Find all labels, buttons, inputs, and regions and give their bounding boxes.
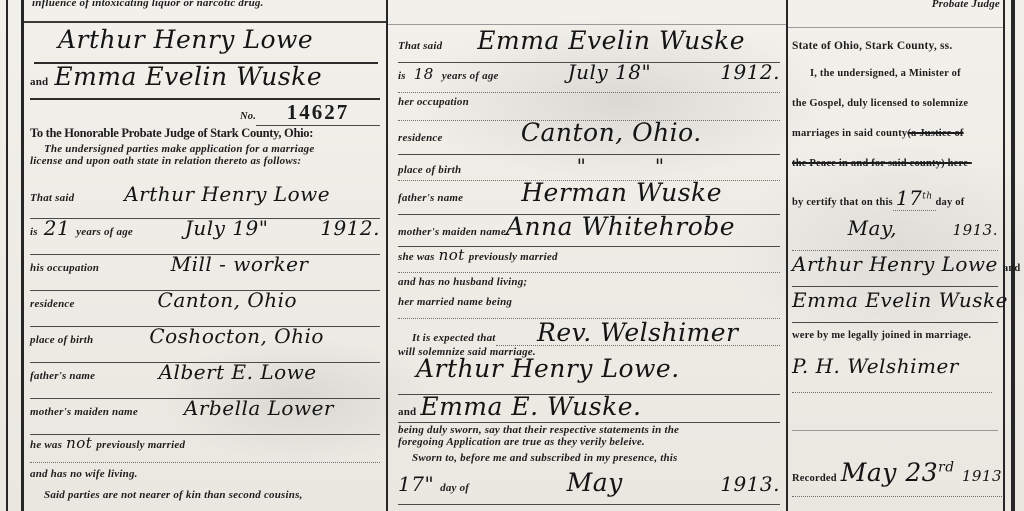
bride-signature: Emma E. Wuske.	[416, 394, 641, 419]
fathers-name-label: father's name	[30, 370, 95, 382]
cert-date-line-row: by certify that on this 17th day of	[792, 188, 1002, 211]
marriage-record-scan: influence of intoxicating liquor or narc…	[0, 0, 1024, 511]
cert-month-value: May,	[792, 218, 953, 238]
fragment-text: influence of intoxicating liquor or narc…	[32, 0, 264, 9]
top-rule-middle	[388, 24, 786, 25]
bride-not-value: not	[435, 248, 469, 263]
mothers-maiden-name-label: mother's maiden name	[30, 406, 138, 418]
groom-birthplace-value: Coshocton, Ohio	[93, 326, 380, 346]
years-of-age-label: years of age	[76, 226, 133, 238]
married-name-row: her married name being	[398, 296, 780, 319]
cert-line-3-struck: (a Justice of	[907, 128, 963, 139]
bride-year-value: 1912.	[720, 62, 780, 82]
sworn-date-row: 17" day of May 1913.	[398, 470, 780, 505]
sworn-line-3: Sworn to, before me and subscribed in my…	[398, 452, 678, 464]
cert-day-value: 17th	[893, 188, 936, 211]
top-rule-left	[24, 21, 386, 23]
cert-name-1: Arthur Henry Lowe	[792, 254, 998, 274]
bride-father-row: father's name Herman Wuske	[398, 180, 780, 215]
groom-residence-row: residence Canton, Ohio	[30, 290, 380, 327]
top-rule-right	[788, 27, 1003, 28]
cert-line-1: I, the undersigned, a Minister of	[792, 68, 961, 79]
probate-judge-fragment: Probate Judge	[932, 0, 1000, 10]
cert-line-2: the Gospel, duly licensed to solemnize	[792, 98, 968, 109]
and-label-2: and	[398, 406, 416, 418]
cert-line-4-struck: the Peace in and for said county) here-	[792, 158, 972, 169]
groom-date-value: July 19"	[133, 218, 320, 238]
groom-not-value: not	[62, 436, 96, 451]
sworn-line-1: being duly sworn, say that their respect…	[398, 424, 780, 436]
caption-bride-name: Emma Evelin Wuske	[48, 64, 322, 89]
officiant-signature: P. H. Welshimer	[792, 356, 959, 376]
cert-name-2: Emma Evelin Wuske	[792, 290, 1008, 310]
binding-line-inner	[21, 0, 24, 511]
cert-line-5a: by certify that on this	[792, 197, 893, 208]
bride-residence-row: residence Canton, Ohio.	[398, 120, 780, 155]
binding-line-outer	[6, 0, 8, 511]
groom-no-wife-row: and has no wife living.	[30, 468, 380, 480]
recorded-row: Recorded May 23rd 1913	[792, 460, 1002, 497]
recorded-date-value: May 23rd	[837, 460, 955, 485]
license-number-row: No. 14627	[240, 100, 380, 124]
sworn-month-value: May	[469, 470, 720, 495]
state-line-row: State of Ohio, Stark County, ss.	[792, 40, 1000, 52]
mothers-maiden-name-label-2: mother's maiden name	[398, 226, 506, 238]
groom-birthplace-row: place of birth Coshocton, Ohio	[30, 326, 380, 363]
groom-year-value: 1912.	[320, 218, 380, 238]
groom-age-row: is 21 years of age July 19" 1912.	[30, 218, 380, 255]
application-intro: The undersigned parties make application…	[30, 143, 382, 167]
caption-groom-name-row: Arthur Henry Lowe	[34, 27, 378, 64]
cert-and-label: and	[998, 263, 1021, 274]
sworn-presence-row: Sworn to, before me and subscribed in my…	[398, 452, 780, 464]
caption-bride-name-row: and Emma Evelin Wuske	[30, 64, 380, 100]
cert-line-3-plain: marriages in said county	[792, 128, 907, 139]
bride-age-value: 18	[406, 67, 442, 82]
column-divider-2	[786, 0, 788, 511]
sworn-day-value: 17"	[398, 474, 434, 494]
officiant-value: Rev. Welshimer	[496, 320, 780, 346]
cert-year-value: 1913.	[953, 223, 998, 238]
previously-married-label: previously married	[96, 439, 185, 451]
groom-father-row: father's name Albert E. Lowe	[30, 362, 380, 399]
bride-no-husband-row: and has no husband living;	[398, 276, 780, 288]
probate-heading-row: To the Honorable Probate Judge of Stark …	[30, 126, 384, 141]
is-label-2: is	[398, 70, 406, 82]
expected-label: It is expected that	[398, 332, 496, 344]
cert-month-row: May, 1913.	[792, 218, 998, 251]
bride-prev-married-row: she was not previously married	[398, 248, 780, 273]
bride-date-value: July 18"	[499, 62, 721, 82]
recorded-label: Recorded	[792, 473, 837, 484]
bride-mother-row: mother's maiden name Anna Whitehrobe	[398, 214, 780, 247]
her-occupation-label: her occupation	[398, 96, 469, 108]
bride-birthplace-ditto: " "	[461, 156, 780, 176]
bride-father-value: Herman Wuske	[463, 180, 780, 205]
cert-name2-row: Emma Evelin Wuske	[792, 290, 998, 323]
groom-occupation-value: Mill - worker	[99, 254, 380, 274]
groom-mother-row: mother's maiden name Arbella Lower	[30, 398, 380, 435]
place-of-birth-label: place of birth	[30, 334, 93, 346]
column-divider-1	[386, 0, 388, 511]
intro-line-1: The undersigned parties make application…	[30, 143, 382, 155]
officiant-signature-row: P. H. Welshimer	[792, 356, 992, 393]
groom-occupation-row: his occupation Mill - worker	[30, 254, 380, 291]
no-husband-label: and has no husband living;	[398, 276, 527, 288]
sworn-line-2: foregoing Application are true as they v…	[398, 436, 780, 448]
sworn-year-value: 1913.	[720, 474, 780, 494]
she-was-label: she was	[398, 251, 435, 263]
caption-groom-name: Arthur Henry Lowe	[34, 27, 313, 52]
that-said-label-2: That said	[398, 40, 442, 52]
day-of-label: day of	[434, 482, 469, 494]
bride-age-row: is 18 years of age July 18" 1912.	[398, 62, 780, 93]
intro-line-2: license and upon oath state in relation …	[30, 155, 382, 167]
groom-age-value: 21	[38, 218, 76, 238]
cert-line-4-row: the Peace in and for said county) here-	[792, 158, 1004, 169]
groom-that-said-row: That said Arthur Henry Lowe	[30, 184, 380, 219]
probate-judge-fragment-row: Probate Judge	[792, 0, 1000, 16]
bride-mother-value: Anna Whitehrobe	[506, 214, 780, 239]
place-of-birth-label-2: place of birth	[398, 164, 461, 176]
cert-line-3-row: marriages in said county (a Justice of	[792, 128, 1004, 139]
no-wife-label: and has no wife living.	[30, 468, 138, 480]
groom-prev-married-row: he was not previously married	[30, 436, 380, 463]
probate-heading: To the Honorable Probate Judge of Stark …	[30, 126, 313, 141]
years-of-age-label-2: years of age	[442, 70, 499, 82]
page-top-fragment: influence of intoxicating liquor or narc…	[32, 0, 372, 17]
license-number: 14627	[256, 100, 380, 126]
cert-line-2-row: the Gospel, duly licensed to solemnize	[792, 98, 1004, 109]
groom-signature: Arthur Henry Lowe.	[398, 356, 680, 381]
is-label: is	[30, 226, 38, 238]
cert-line-5b: day of	[936, 197, 965, 208]
kin-row: Said parties are not nearer of kin than …	[30, 489, 384, 501]
state-line: State of Ohio, Stark County, ss.	[792, 40, 952, 52]
groom-mother-value: Arbella Lower	[138, 398, 380, 418]
groom-residence-value: Canton, Ohio	[75, 290, 380, 310]
groom-name-value: Arthur Henry Lowe	[74, 184, 380, 204]
his-occupation-label: his occupation	[30, 262, 99, 274]
that-said-label: That said	[30, 192, 74, 204]
bride-name-value: Emma Evelin Wuske	[442, 28, 780, 53]
cert-line-1-row: I, the undersigned, a Minister of	[792, 68, 1004, 79]
residence-label: residence	[30, 298, 75, 310]
he-was-label: he was	[30, 439, 62, 451]
joined-row: were by me legally joined in marriage.	[792, 330, 1004, 341]
sworn-statement: being duly sworn, say that their respect…	[398, 424, 780, 448]
bride-residence-value: Canton, Ohio.	[443, 120, 780, 145]
number-label: No.	[240, 111, 256, 122]
married-name-label: her married name being	[398, 296, 512, 308]
blank-rule	[792, 430, 998, 431]
residence-label-2: residence	[398, 132, 443, 144]
and-label: and	[30, 76, 48, 88]
groom-signature-row: Arthur Henry Lowe.	[398, 356, 780, 395]
recorded-year-value: 1913	[955, 469, 1002, 484]
fathers-name-label-2: father's name	[398, 192, 463, 204]
kin-label: Said parties are not nearer of kin than …	[30, 489, 303, 501]
cert-name1-row: Arthur Henry Lowe and	[792, 254, 998, 287]
groom-father-value: Albert E. Lowe	[95, 362, 380, 382]
previously-married-label-2: previously married	[469, 251, 558, 263]
bride-that-said-row: That said Emma Evelin Wuske	[398, 28, 780, 63]
joined-line: were by me legally joined in marriage.	[792, 330, 971, 341]
right-edge-line-2	[1011, 0, 1015, 511]
bride-signature-row: and Emma E. Wuske.	[398, 394, 780, 423]
